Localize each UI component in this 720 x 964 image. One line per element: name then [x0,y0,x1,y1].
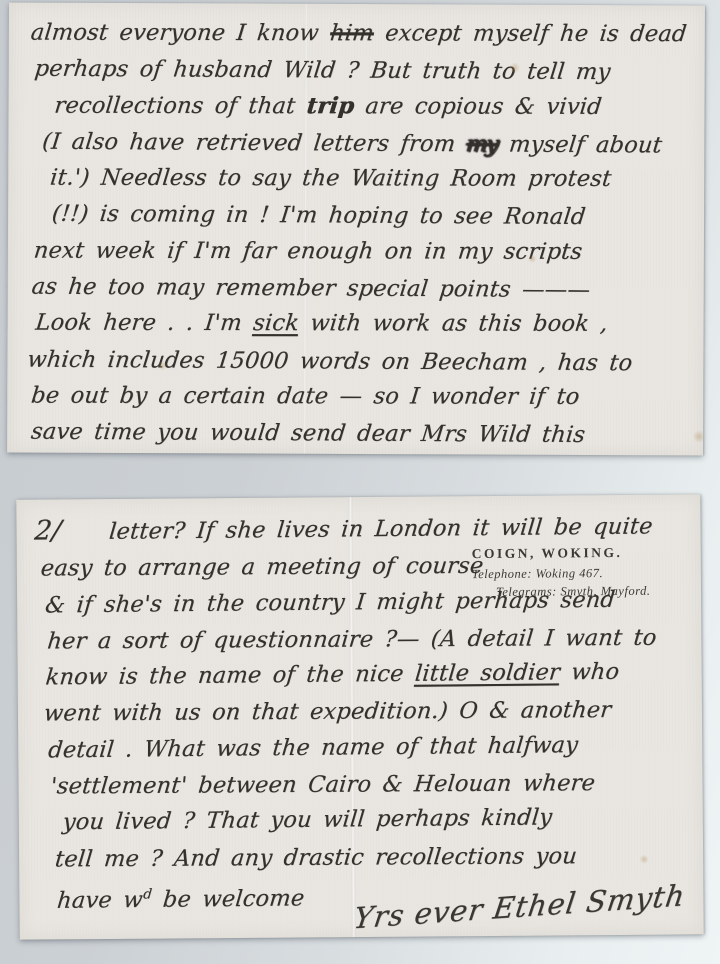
hw-segment: recollections of that [53,92,308,119]
hw-segment: know is the name of the nice [44,661,416,691]
hw-segment-underline: sick [252,310,301,336]
handwritten-line: almost everyone I know him except myself… [23,15,699,53]
handwritten-line: perhaps of husband Wild ? But truth to t… [23,51,699,91]
hw-segment: myself about [496,131,663,158]
hw-segment: save time you would send dear Mrs Wild t… [30,419,587,448]
hw-segment: it.') Needless to say the Waiting Room p… [49,165,613,192]
handwritten-line: know is the name of the nice little sold… [32,653,696,696]
hw-segment: & if she's in the country I might perhap… [44,586,616,618]
hw-segment: (!!) is coming in ! I'm hoping to see Ro… [51,201,587,230]
handwritten-line: as he too may remember special points ——… [22,269,698,309]
handwritten-line: recollections of that trip are copious &… [23,87,699,125]
hw-segment-scribble: my [465,131,499,157]
hw-segment-bold: trip [305,93,355,119]
hw-segment: which includes 15000 words on Beecham , … [26,346,634,376]
handwritten-line: be out by a certain date — so I wonder i… [21,378,697,416]
hw-segment: perhaps of husband Wild ? But truth to t… [33,56,612,86]
hw-segment: have w [56,887,144,914]
hw-segment: 'settlement' between Cairo & Helouan whe… [49,770,596,799]
hw-segment: letter? If she lives in London it will b… [108,513,654,544]
hw-segment: who [559,659,621,686]
letter-page-1: almost everyone I know him except myself… [7,2,705,455]
handwritten-line: (!!) is coming in ! I'm hoping to see Ro… [22,196,698,236]
hw-segment-underline: little soldier [414,660,561,687]
hw-segment: (I also have retrieved letters from [41,129,468,158]
hw-segment: as he too may remember special points ——… [30,274,591,303]
hw-segment: be welcome [150,885,305,913]
hw-segment: tell me ? And any drastic recollections … [54,843,578,872]
page1-handwriting: almost everyone I know him except myself… [7,2,705,453]
hw-segment: except myself he is dead [372,20,688,47]
handwritten-line: Look here . . I'm sick with work as this… [22,305,698,343]
hw-segment: next week if I'm far enough on in my scr… [33,237,584,264]
hw-segment: be out by a certain date — so I wonder i… [30,383,581,410]
letter-page-2: COIGN, WOKING. Telephone: Woking 467. Te… [16,494,703,939]
hw-segment: detail . What was the name of that halfw… [47,732,579,763]
handwritten-line: (I also have retrieved letters from my m… [22,123,698,163]
hw-segment: Look here . . I'm [34,310,254,336]
hw-segment: almost everyone I know [29,20,331,47]
hw-segment: went with us on that expedition.) O & an… [43,698,613,727]
hw-segment-strike: him [329,20,375,46]
page2-handwriting: 2/letter? If she lives in London it will… [16,494,703,919]
handwritten-line: it.') Needless to say the Waiting Room p… [22,160,698,198]
hw-segment: with work as this book , [298,311,609,338]
hw-segment-pagenum: 2/ [33,513,63,550]
hw-segment: her a sort of questionnaire ?— (A detail… [46,625,658,655]
handwritten-line: 2/letter? If she lives in London it will… [31,507,695,551]
handwritten-line: you lived ? That you will perhaps kindly [33,798,697,841]
handwritten-line: which includes 15000 words on Beecham , … [21,341,697,381]
hw-segment: easy to arrange a meeting of course [40,553,485,582]
hw-segment: you lived ? That you will perhaps kindly [62,805,554,836]
handwritten-line: detail . What was the name of that halfw… [33,726,697,769]
handwritten-line: next week if I'm far enough on in my scr… [22,232,698,270]
handwritten-line: & if she's in the country I might perhap… [31,581,695,624]
handwritten-line: save time you would send dear Mrs Wild t… [21,414,697,454]
hw-segment: are copious & vivid [353,93,604,120]
